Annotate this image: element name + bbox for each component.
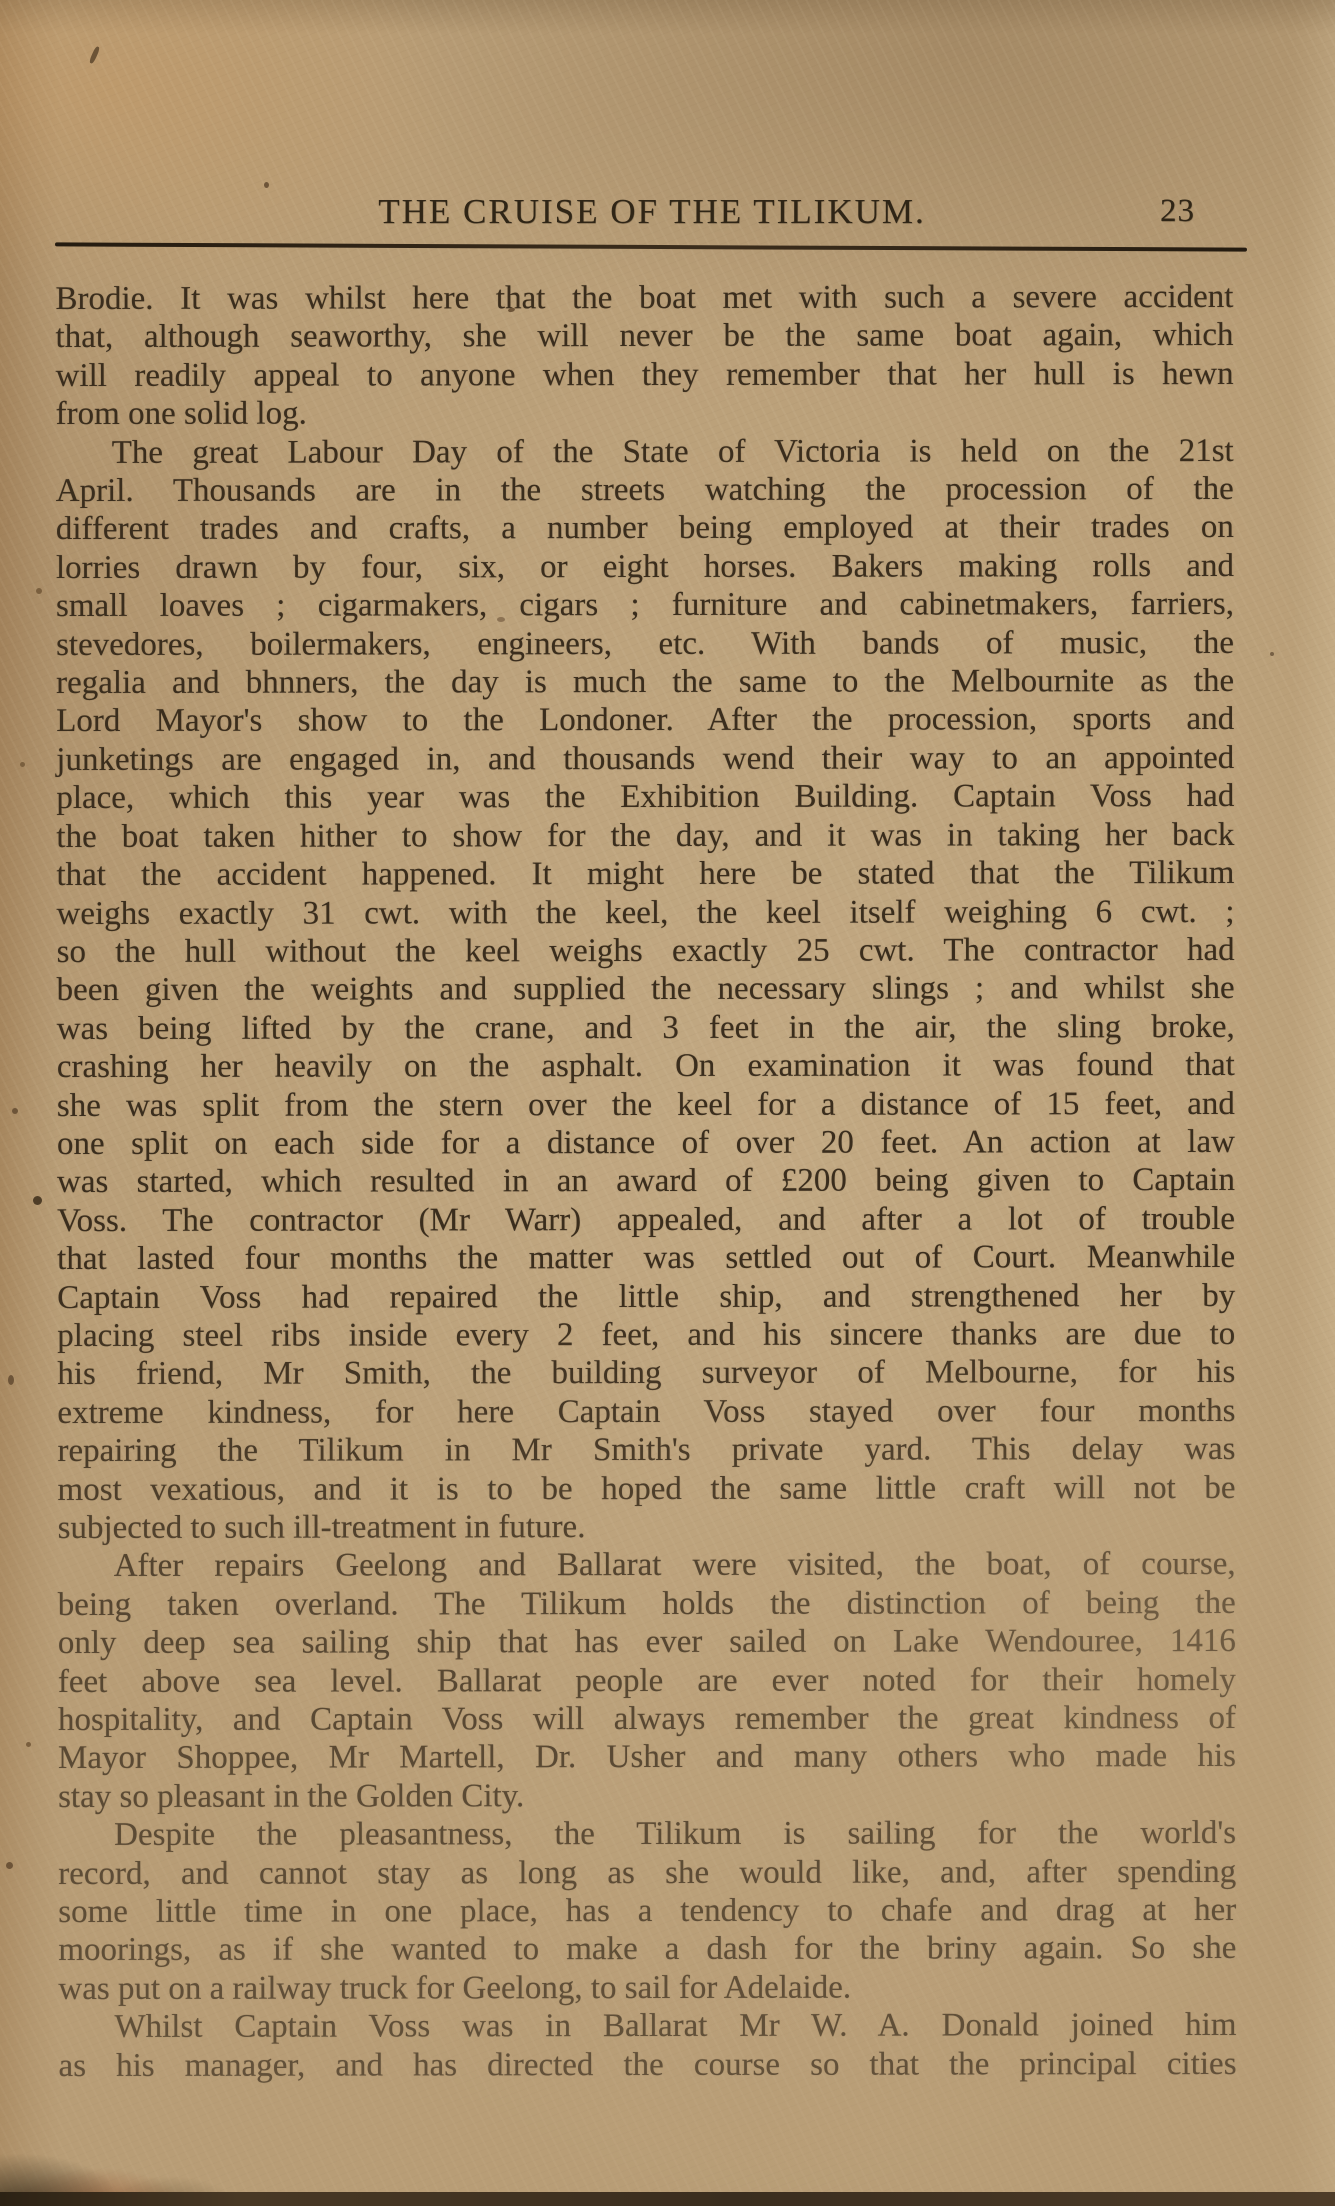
text-line: feet above sea level. Ballarat people ar… xyxy=(58,1661,1236,1701)
text-line: was started, which resulted in an award … xyxy=(57,1161,1235,1201)
body-text: Brodie. It was whilst here that the boat… xyxy=(55,278,1236,2085)
text-line: that the accident happened. It might her… xyxy=(56,854,1234,894)
paragraph: Whilst Captain Voss was in Ballarat Mr W… xyxy=(58,2006,1236,2085)
text-line: placing steel ribs inside every 2 feet, … xyxy=(57,1315,1235,1355)
text-line: the boat taken hither to show for the da… xyxy=(56,816,1234,856)
text-line: been given the weights and supplied the … xyxy=(57,969,1235,1009)
page-bottom-edge xyxy=(0,2192,1335,2206)
text-line: some little time in one place, has a ten… xyxy=(58,1891,1236,1931)
paragraph: Brodie. It was whilst here that the boat… xyxy=(55,278,1233,434)
text-line: so the hull without the keel weighs exac… xyxy=(57,931,1235,971)
scanned-book-page: THE CRUISE OF THE TILIKUM. 23 Brodie. It… xyxy=(0,0,1335,2206)
paper-stain xyxy=(36,588,42,594)
text-line: as his manager, and has directed the cou… xyxy=(59,2045,1237,2085)
text-line: regalia and bhnners, the day is much the… xyxy=(56,662,1234,702)
text-line: weighs exactly 31 cwt. with the keel, th… xyxy=(56,892,1234,932)
paper-stain xyxy=(33,1196,42,1205)
text-line: After repairs Geelong and Ballarat were … xyxy=(58,1545,1236,1585)
text-line: hospitality, and Captain Voss will alway… xyxy=(58,1699,1236,1739)
paper-stain xyxy=(264,182,269,188)
page-title: THE CRUISE OF THE TILIKUM. xyxy=(378,192,926,231)
page-number: 23 xyxy=(1160,193,1195,230)
text-line: most vexatious, and it is to be hoped th… xyxy=(58,1469,1236,1509)
paper-stain xyxy=(89,46,101,64)
paper-stain xyxy=(26,1742,31,1747)
paragraph: After repairs Geelong and Ballarat were … xyxy=(58,1545,1236,1816)
text-line: Whilst Captain Voss was in Ballarat Mr W… xyxy=(58,2006,1236,2046)
text-line: record, and cannot stay as long as she w… xyxy=(58,1853,1236,1893)
text-line: crashing her heavily on the asphalt. On … xyxy=(57,1046,1235,1086)
text-line: The great Labour Day of the State of Vic… xyxy=(56,432,1234,472)
text-line: from one solid log. xyxy=(56,393,1234,433)
text-line: Despite the pleasantness, the Tilikum is… xyxy=(58,1814,1236,1854)
text-line: different trades and crafts, a number be… xyxy=(56,508,1234,548)
text-line: Captain Voss had repaired the little shi… xyxy=(57,1277,1235,1317)
paragraph: Despite the pleasantness, the Tilikum is… xyxy=(58,1814,1236,2008)
text-line: one split on each side for a distance of… xyxy=(57,1123,1235,1163)
text-line: subjected to such ill-treatment in futur… xyxy=(58,1507,1236,1547)
text-line: was being lifted by the crane, and 3 fee… xyxy=(57,1008,1235,1048)
text-line: Mayor Shoppee, Mr Martell, Dr. Usher and… xyxy=(58,1737,1236,1777)
text-line: Lord Mayor's show to the Londoner. After… xyxy=(56,700,1234,740)
text-line: Voss. The contractor (Mr Warr) appealed,… xyxy=(57,1200,1235,1240)
text-line: that, although seaworthy, she will never… xyxy=(55,316,1233,356)
text-line: place, which this year was the Exhibitio… xyxy=(56,777,1234,817)
text-line: that lasted four months the matter was s… xyxy=(57,1238,1235,1278)
running-head: THE CRUISE OF THE TILIKUM. 23 xyxy=(57,192,1247,232)
paper-stain xyxy=(20,762,25,767)
text-line: extreme kindness, for here Captain Voss … xyxy=(57,1392,1235,1432)
paper-stain xyxy=(1270,652,1274,656)
text-line: junketings are engaged in, and thousands… xyxy=(56,739,1234,779)
text-line: was put on a railway truck for Geelong, … xyxy=(58,1968,1236,2008)
text-line: Brodie. It was whilst here that the boat… xyxy=(55,278,1233,318)
paper-stain xyxy=(8,1375,14,1385)
text-line: moorings, as if she wanted to make a das… xyxy=(58,1929,1236,1969)
text-line: his friend, Mr Smith, the building surve… xyxy=(57,1353,1235,1393)
text-line: stay so pleasant in the Golden City. xyxy=(58,1776,1236,1816)
paper-stain xyxy=(6,1862,13,1869)
text-line: lorries drawn by four, six, or eight hor… xyxy=(56,547,1234,587)
text-line: repairing the Tilikum in Mr Smith's priv… xyxy=(57,1430,1235,1470)
paragraph: The great Labour Day of the State of Vic… xyxy=(56,432,1236,1548)
text-line: only deep sea sailing ship that has ever… xyxy=(58,1622,1236,1662)
text-line: she was split from the stern over the ke… xyxy=(57,1085,1235,1125)
text-line: being taken overland. The Tilikum holds … xyxy=(58,1584,1236,1624)
text-line: stevedores, boilermakers, engineers, etc… xyxy=(56,624,1234,664)
text-line: will readily appeal to anyone when they … xyxy=(56,355,1234,395)
header-rule xyxy=(55,242,1247,251)
text-line: April. Thousands are in the streets watc… xyxy=(56,470,1234,510)
paper-stain xyxy=(12,1108,18,1114)
text-line: small loaves ; cigarmakers, cigars ; fur… xyxy=(56,585,1234,625)
